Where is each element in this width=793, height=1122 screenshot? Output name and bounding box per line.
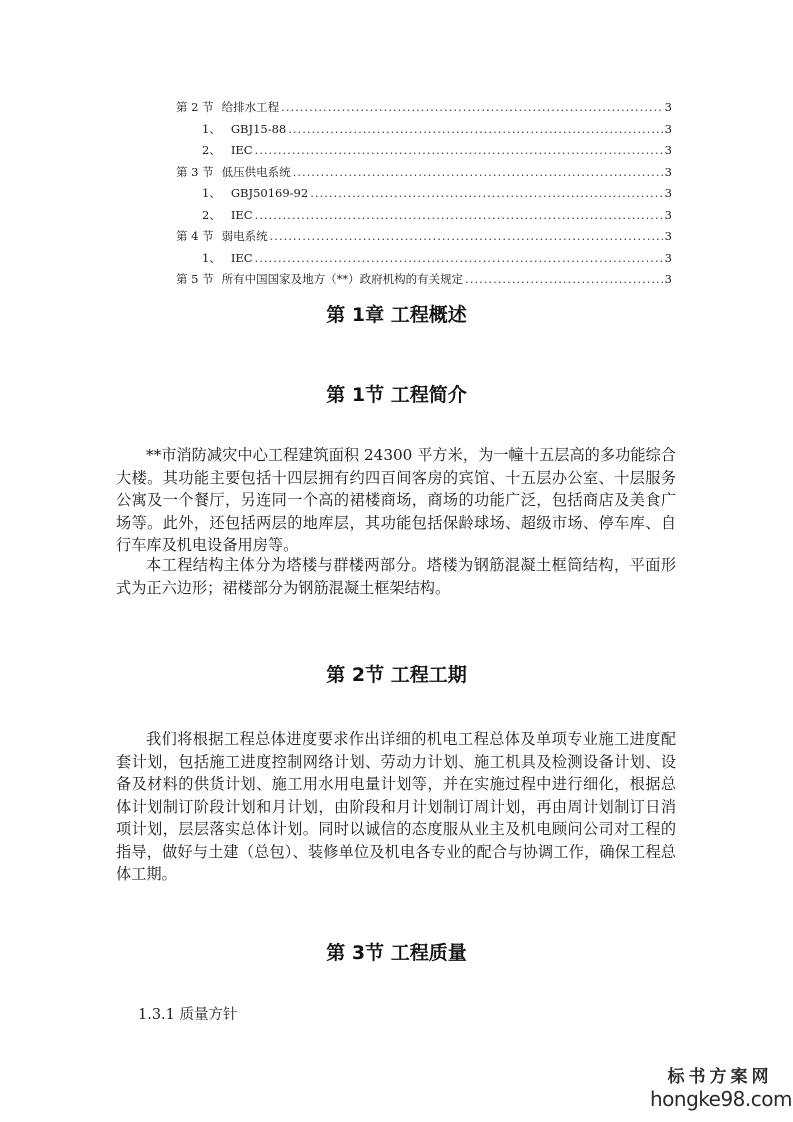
toc-entry[interactable]: 2、 IEC 3 <box>176 205 672 227</box>
toc-entry-title: 弱电系统 <box>222 226 268 248</box>
toc-entry-number: 1、 <box>202 248 221 270</box>
toc-dot-leader <box>288 119 662 141</box>
section-heading-quality: 第 3节 工程质量 <box>0 938 793 965</box>
toc-entry-title: 给排水工程 <box>222 97 280 119</box>
toc-entry-number: 2、 <box>202 140 221 162</box>
watermark-logo: 标书方案网 hongke98.com <box>650 1067 790 1111</box>
toc-entry-page: 3 <box>665 97 672 119</box>
document-page: 第 2 节 给排水工程 3 1、 GBJ15-88 3 2、 IEC 3 第 3… <box>0 0 793 1122</box>
toc-entry-title: IEC <box>231 205 253 227</box>
toc-entry-page: 3 <box>665 269 672 291</box>
toc-entry[interactable]: 1、 GBJ50169-92 3 <box>176 183 672 205</box>
toc-entry-title: GBJ15-88 <box>231 119 286 141</box>
toc-entry-number: 第 3 节 <box>176 162 214 184</box>
toc-entry-title: IEC <box>231 248 253 270</box>
toc-dot-leader <box>310 183 662 205</box>
toc-entry-page: 3 <box>665 119 672 141</box>
toc-dot-leader <box>255 205 663 227</box>
toc-entry[interactable]: 第 4 节 弱电系统 3 <box>176 226 672 248</box>
section-heading-overview: 第 1节 工程简介 <box>0 380 793 407</box>
toc-dot-leader <box>270 226 663 248</box>
toc-entry[interactable]: 2、 IEC 3 <box>176 140 672 162</box>
section-heading-schedule: 第 2节 工程工期 <box>0 660 793 687</box>
toc-dot-leader <box>465 269 663 291</box>
toc-entry-page: 3 <box>665 226 672 248</box>
toc-entry[interactable]: 1、 IEC 3 <box>176 248 672 270</box>
toc-dot-leader <box>293 162 663 184</box>
toc-entry-title: GBJ50169-92 <box>231 183 308 205</box>
toc-entry-number: 第 2 节 <box>176 97 214 119</box>
toc-entry-page: 3 <box>665 248 672 270</box>
toc-entry-page: 3 <box>665 162 672 184</box>
toc-entry[interactable]: 1、 GBJ15-88 3 <box>176 119 672 141</box>
subsection-heading: 1.3.1 质量方针 <box>138 1003 238 1024</box>
toc-entry-number: 1、 <box>202 119 221 141</box>
watermark-name: 标书方案网 <box>650 1067 790 1087</box>
toc-entry-number: 1、 <box>202 183 221 205</box>
toc-dot-leader <box>255 248 663 270</box>
toc-entry-page: 3 <box>665 140 672 162</box>
toc-entry-page: 3 <box>665 183 672 205</box>
toc-dot-leader <box>281 97 663 119</box>
watermark-url: hongke98.com <box>650 1087 790 1111</box>
toc-entry[interactable]: 第 3 节 低压供电系统 3 <box>176 162 672 184</box>
toc-entry-title: IEC <box>231 140 253 162</box>
toc-entry-number: 2、 <box>202 205 221 227</box>
toc-entry[interactable]: 第 5 节 所有中国国家及地方（**）政府机构的有关规定 3 <box>176 269 672 291</box>
chapter-heading: 第 1章 工程概述 <box>0 300 793 327</box>
body-paragraph: **市消防减灾中心工程建筑面积 24300 平方米，为一幢十五层高的多功能综合大… <box>116 444 676 557</box>
toc-entry-title: 所有中国国家及地方（**）政府机构的有关规定 <box>222 269 464 291</box>
body-paragraph: 我们将根据工程总体进度要求作出详细的机电工程总体及单项专业施工进度配套计划，包括… <box>116 728 676 886</box>
toc-entry-title: 低压供电系统 <box>222 162 291 184</box>
body-paragraph: 本工程结构主体分为塔楼与群楼两部分。塔楼为钢筋混凝土框筒结构，平面形式为正六边形… <box>116 554 676 599</box>
toc-entry-number: 第 5 节 <box>176 269 214 291</box>
toc-entry-number: 第 4 节 <box>176 226 214 248</box>
toc-entry[interactable]: 第 2 节 给排水工程 3 <box>176 97 672 119</box>
table-of-contents: 第 2 节 给排水工程 3 1、 GBJ15-88 3 2、 IEC 3 第 3… <box>176 97 672 291</box>
toc-entry-page: 3 <box>665 205 672 227</box>
toc-dot-leader <box>255 140 663 162</box>
